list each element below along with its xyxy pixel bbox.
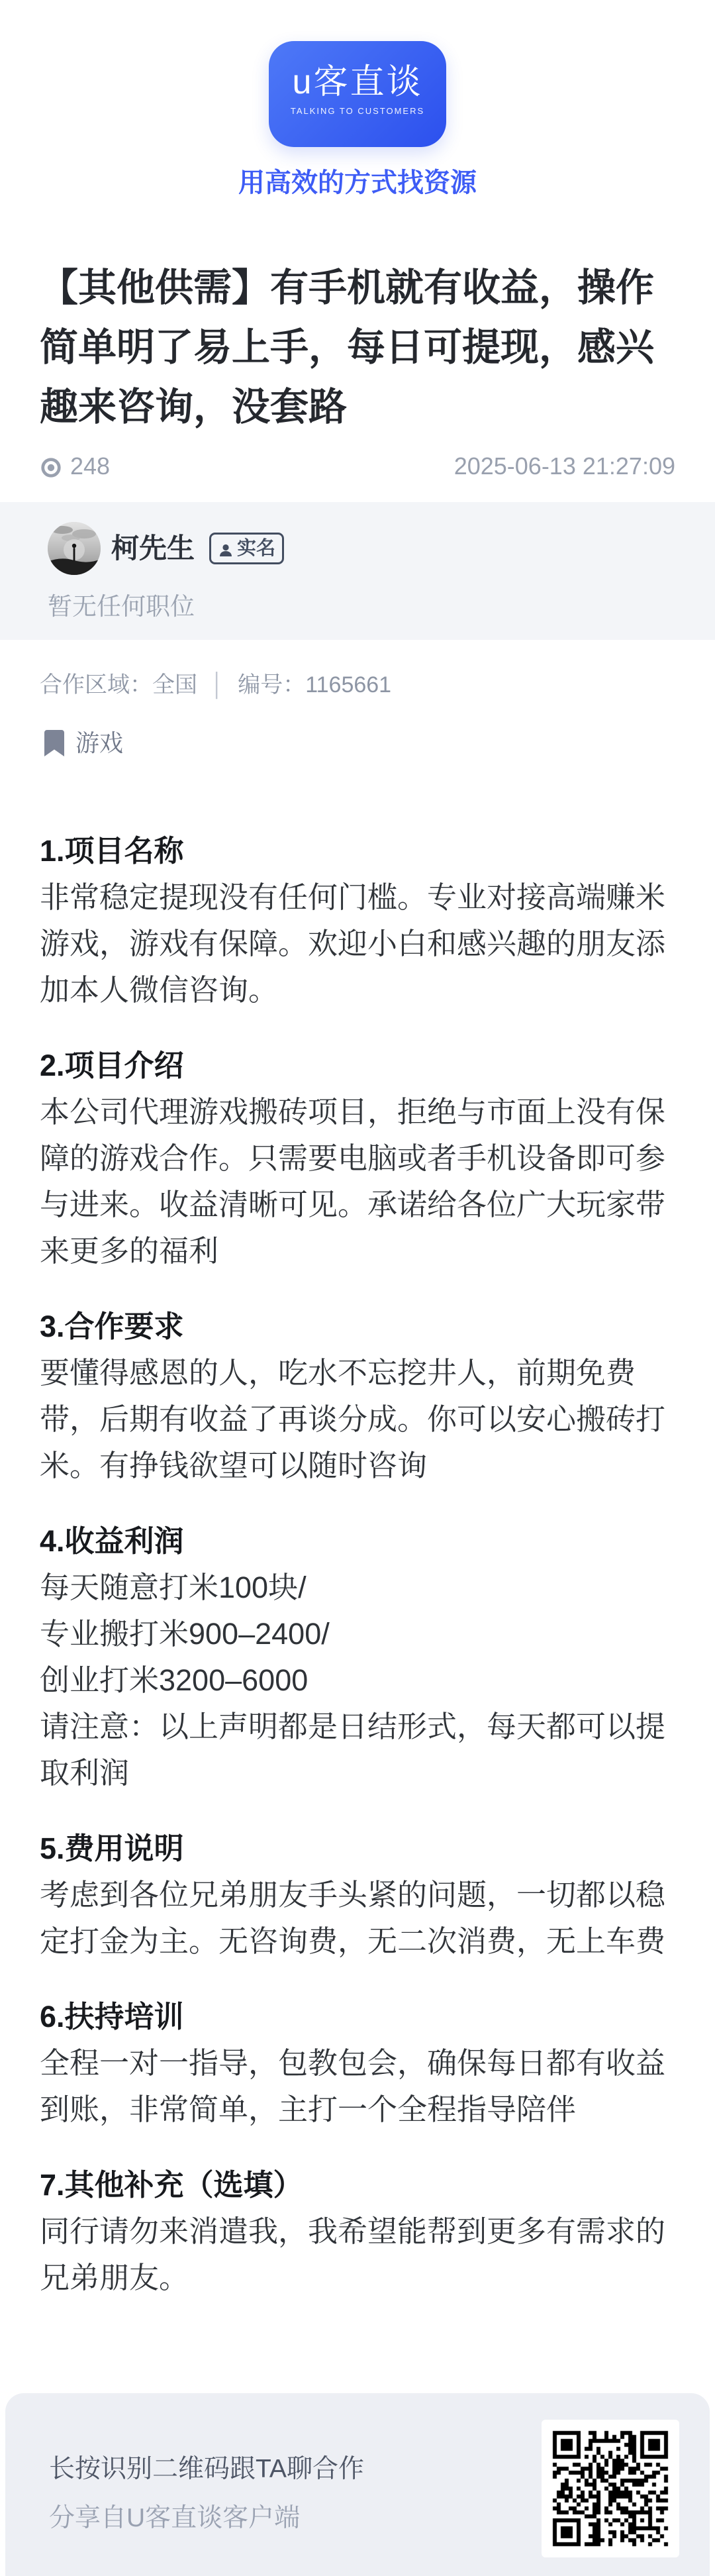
section-heading: 5.费用说明	[40, 1826, 675, 1872]
section-heading: 4.收益利润	[40, 1518, 675, 1565]
section-profit: 4.收益利润 每天随意打米100块/ 专业搬打米900–2400/ 创业打米32…	[40, 1518, 675, 1796]
post-id-label: 编号：	[238, 670, 305, 699]
post-title: 【其他供需】有手机就有收益，操作简单明了易上手，每日可提现，感兴趣来咨询，没套路	[40, 258, 675, 437]
section-body: 要懂得感恩的人，吃水不忘挖井人，前期免费带，后期有收益了再谈分成。你可以安心搬砖…	[40, 1350, 675, 1489]
author-name: 柯先生	[111, 522, 195, 575]
region-row: 合作区域：全国 │ 编号：1165661	[40, 670, 675, 699]
section-body: 同行请勿来消遣我，我希望能帮到更多有需求的兄弟朋友。	[40, 2208, 675, 2301]
share-footer: 长按识别二维码跟TA聊合作 分享自U客直谈客户端	[5, 2393, 710, 2576]
avatar	[48, 522, 101, 575]
post-content: 1.项目名称 非常稳定提现没有任何门槛。专业对接高端赚米游戏，游戏有保障。欢迎小…	[40, 828, 675, 2301]
realname-badge: 实名	[209, 533, 284, 564]
section-heading: 6.扶持培训	[40, 1994, 675, 2040]
post-id-value: 1165661	[305, 670, 391, 699]
post-meta-row: 248 2025-06-13 21:27:09	[40, 450, 675, 482]
region-value: 全国	[152, 670, 197, 699]
share-card-page: u客直谈 TALKING TO CUSTOMERS 用高效的方式找资源 【其他供…	[0, 0, 715, 2576]
section-project-intro: 2.项目介绍 本公司代理游戏搬砖项目，拒绝与市面上没有保障的游戏合作。只需要电脑…	[40, 1043, 675, 1274]
region-label: 合作区域：	[40, 670, 152, 699]
eye-icon	[40, 455, 62, 478]
realname-badge-label: 实名	[237, 537, 275, 560]
app-tagline: 用高效的方式找资源	[0, 167, 715, 199]
category-row: 游戏	[44, 729, 675, 758]
section-body: 本公司代理游戏搬砖项目，拒绝与市面上没有保障的游戏合作。只需要电脑或者手机设备即…	[40, 1089, 675, 1274]
section-other-notes: 7.其他补充（选填） 同行请勿来消遣我，我希望能帮到更多有需求的兄弟朋友。	[40, 2162, 675, 2301]
section-fees: 5.费用说明 考虑到各位兄弟朋友手头紧的问题，一切都以稳定打金为主。无咨询费，无…	[40, 1826, 675, 1965]
section-body: 全程一对一指导，包教包会，确保每日都有收益到账，非常简单，主打一个全程指导陪伴	[40, 2040, 675, 2133]
category-label: 游戏	[75, 729, 123, 758]
section-training: 6.扶持培训 全程一对一指导，包教包会，确保每日都有收益到账，非常简单，主打一个…	[40, 1994, 675, 2133]
section-cooperation-requirements: 3.合作要求 要懂得感恩的人，吃水不忘挖井人，前期免费带，后期有收益了再谈分成。…	[40, 1304, 675, 1489]
bookmark-icon	[44, 729, 65, 757]
section-heading: 1.项目名称	[40, 828, 675, 874]
divider: │	[211, 670, 224, 699]
section-heading: 7.其他补充（选填）	[40, 2162, 675, 2208]
author-job: 暂无任何职位	[48, 592, 675, 621]
app-logo-title: u客直谈	[269, 64, 446, 101]
section-body: 每天随意打米100块/ 专业搬打米900–2400/ 创业打米3200–6000…	[40, 1565, 675, 1796]
section-heading: 3.合作要求	[40, 1304, 675, 1350]
author-row: 柯先生 实名	[48, 522, 675, 575]
section-project-name: 1.项目名称 非常稳定提现没有任何门槛。专业对接高端赚米游戏，游戏有保障。欢迎小…	[40, 828, 675, 1013]
app-logo: u客直谈 TALKING TO CUSTOMERS	[269, 41, 446, 147]
view-counter: 248	[40, 450, 110, 482]
qr-hint-text: 长按识别二维码跟TA聊合作	[49, 2454, 364, 2485]
section-heading: 2.项目介绍	[40, 1043, 675, 1089]
author-panel: 柯先生 实名 暂无任何职位	[0, 502, 715, 640]
person-icon	[218, 541, 234, 556]
view-count: 248	[70, 450, 110, 482]
app-logo-subtitle: TALKING TO CUSTOMERS	[269, 106, 446, 117]
header: u客直谈 TALKING TO CUSTOMERS 用高效的方式找资源	[0, 0, 715, 199]
section-body: 考虑到各位兄弟朋友手头紧的问题，一切都以稳定打金为主。无咨询费，无二次消费，无上…	[40, 1872, 675, 1965]
post-timestamp: 2025-06-13 21:27:09	[454, 450, 675, 482]
share-source-text: 分享自U客直谈客户端	[49, 2503, 300, 2534]
qr-code[interactable]	[542, 2420, 679, 2557]
section-body: 非常稳定提现没有任何门槛。专业对接高端赚米游戏，游戏有保障。欢迎小白和感兴趣的朋…	[40, 874, 675, 1013]
